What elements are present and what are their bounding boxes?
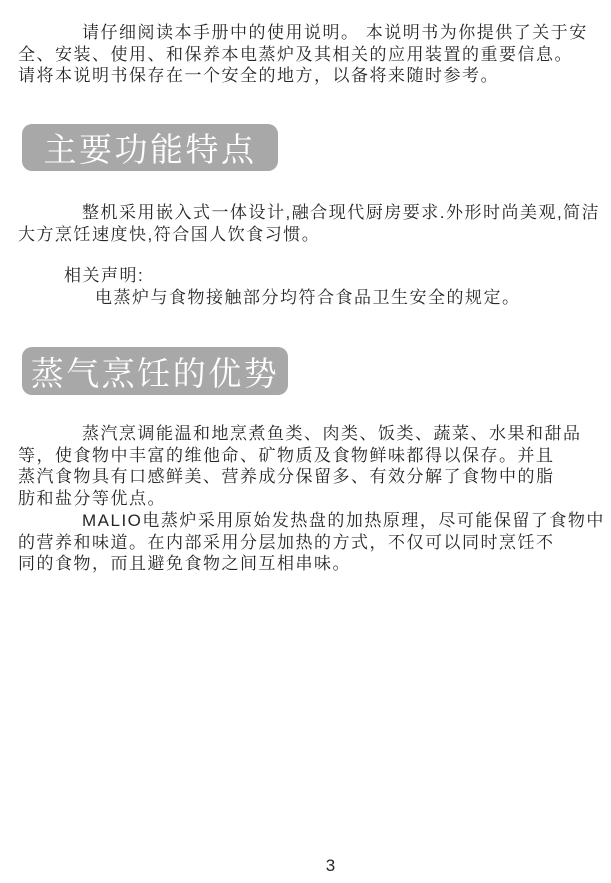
section-heading-main-features-label: 主要功能特点 [44, 124, 257, 171]
section-heading-steam-advantages: 蒸气烹饪的优势 [22, 347, 288, 395]
page-number: 3 [25, 855, 611, 877]
features-paragraph: 整机采用嵌入式一体设计,融合现代厨房要求.外形时尚美观,简洁 大方烹饪速度快,符… [18, 202, 611, 245]
section-heading-steam-advantages-label: 蒸气烹饪的优势 [31, 348, 280, 395]
steam-paragraph-2: MALIO电蒸炉采用原始发热盘的加热原理，尽可能保留了食物中 的营养和味道。在内… [18, 510, 611, 575]
related-statement-label: 相关声明: [64, 265, 604, 287]
steam-paragraph-1: 蒸汽烹调能温和地烹煮鱼类、肉类、饭类、蔬菜、水果和甜品 等，使食物中丰富的维他命… [18, 423, 611, 510]
related-statement-text: 电蒸炉与食物接触部分均符合食品卫生安全的规定。 [95, 287, 605, 309]
intro-paragraph: 请仔细阅读本手册中的使用说明。 本说明书为你提供了关于安 全、安装、使用、和保养… [18, 22, 611, 87]
section-heading-main-features: 主要功能特点 [22, 124, 278, 171]
manual-page: 请仔细阅读本手册中的使用说明。 本说明书为你提供了关于安 全、安装、使用、和保养… [0, 0, 611, 883]
